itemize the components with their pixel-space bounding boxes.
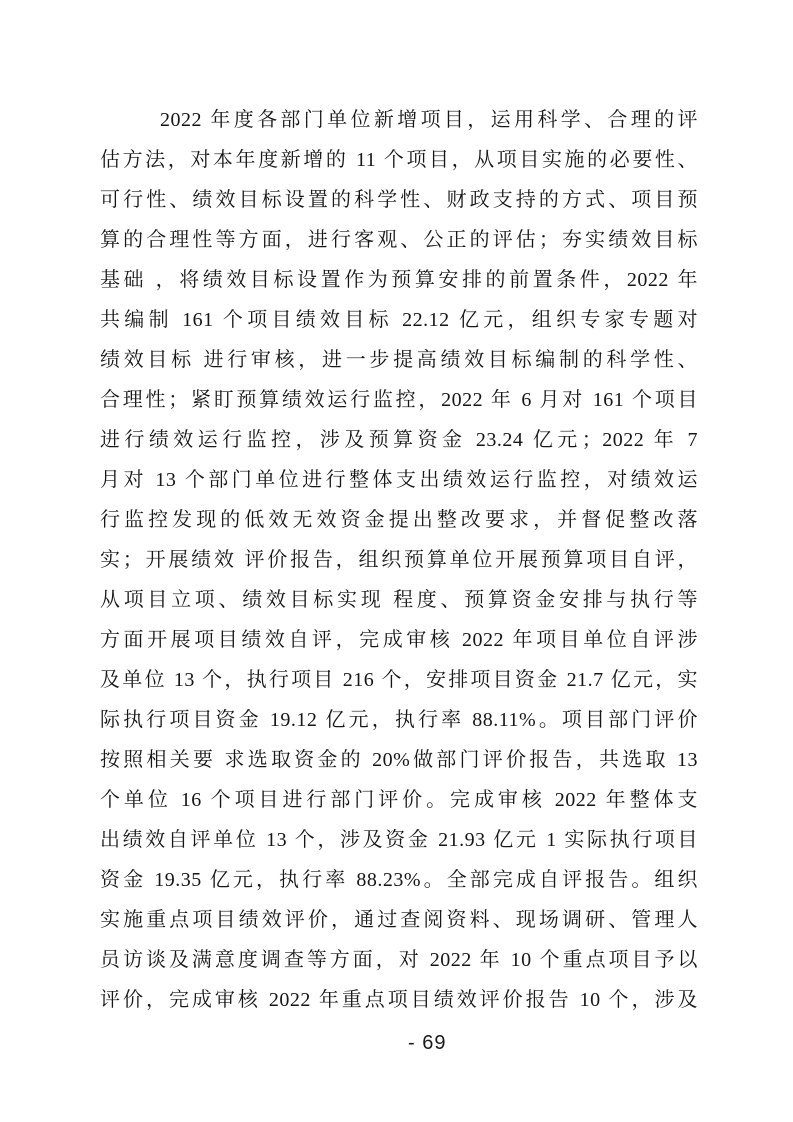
body-text-line: 共编制 161 个项目绩效目标 22.12 亿元，组织专家专题对 [100,300,698,340]
document-page: 2022 年度各部门单位新增项目，运用科学、合理的评 估方法，对本年度新增的 1… [0,0,793,1122]
body-text-line: 实；开展绩效 评价报告，组织预算单位开展预算项目自评， [100,540,698,580]
body-text-line: 绩效目标 进行审核，进一步提高绩效目标编制的科学性、 [100,340,698,380]
body-text-line: 资金 19.35 亿元，执行率 88.23%。全部完成自评报告。组织 [100,860,698,900]
body-text-line: 员访谈及满意度调查等方面，对 2022 年 10 个重点项目予以 [100,940,698,980]
body-text-line: 按照相关要 求选取资金的 20%做部门评价报告，共选取 13 [100,740,698,780]
page-number: - 69 [408,1032,446,1055]
body-text-line: 进行绩效运行监控，涉及预算资金 23.24 亿元；2022 年 7 [100,420,698,460]
body-text-line: 方面开展项目绩效自评，完成审核 2022 年项目单位自评涉 [100,620,698,660]
body-text-line: 出绩效自评单位 13 个，涉及资金 21.93 亿元 1 实际执行项目 [100,820,698,860]
body-text-line: 个单位 16 个项目进行部门评价。完成审核 2022 年整体支 [100,780,698,820]
body-text-line: 际执行项目资金 19.12 亿元，执行率 88.11%。项目部门评价 [100,700,698,740]
body-text-line: 合理性；紧盯预算绩效运行监控，2022 年 6 月对 161 个项目 [100,380,698,420]
body-text-line: 从项目立项、绩效目标实现 程度、预算资金安排与执行等 [100,580,698,620]
body-text-line: 可行性、绩效目标设置的科学性、财政支持的方式、项目预 [100,180,698,220]
body-text-line: 实施重点项目绩效评价，通过查阅资料、现场调研、管理人 [100,900,698,940]
body-text-line: 及单位 13 个，执行项目 216 个，安排项目资金 21.7 亿元，实 [100,660,698,700]
body-text-line: 估方法，对本年度新增的 11 个项目，从项目实施的必要性、 [100,140,698,180]
body-text-line: 算的合理性等方面，进行客观、公正的评估；夯实绩效目标 [100,220,698,260]
body-text-line: 基础 ，将绩效目标设置作为预算安排的前置条件，2022 年 [100,260,698,300]
body-text-line: 2022 年度各部门单位新增项目，运用科学、合理的评 [100,100,698,140]
body-text: 2022 年度各部门单位新增项目，运用科学、合理的评 估方法，对本年度新增的 1… [100,100,698,1020]
body-text-line: 评价，完成审核 2022 年重点项目绩效评价报告 10 个，涉及 [100,980,698,1020]
body-text-line: 月对 13 个部门单位进行整体支出绩效运行监控，对绩效运 [100,460,698,500]
body-text-line: 行监控发现的低效无效资金提出整改要求，并督促整改落 [100,500,698,540]
